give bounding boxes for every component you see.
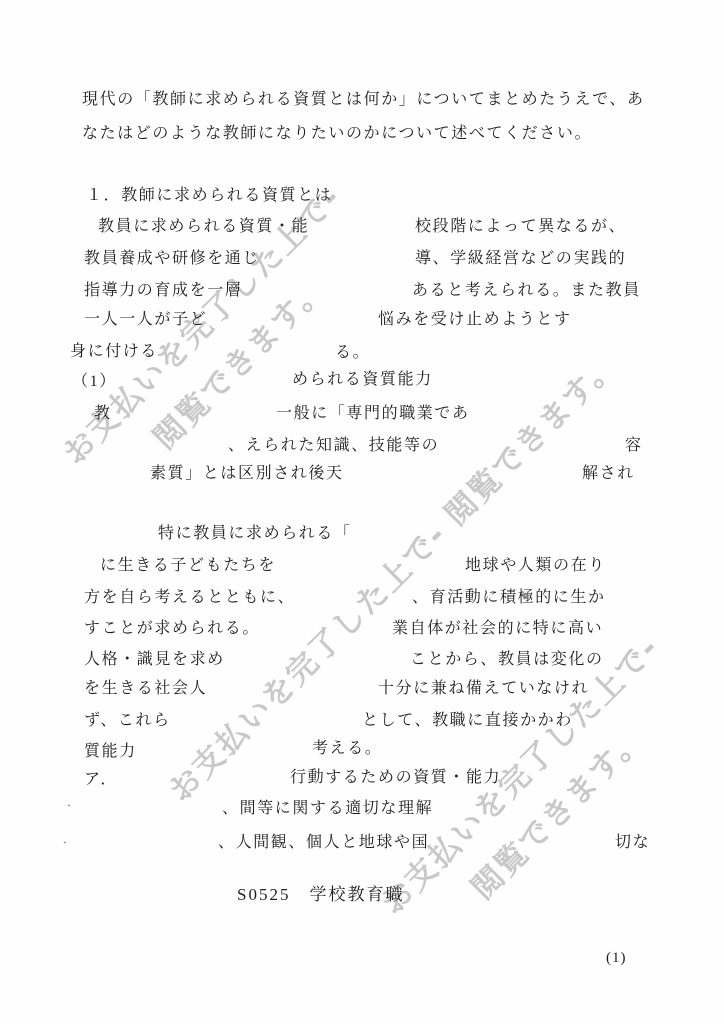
text-fragment: 特に教員に求められる「 xyxy=(158,522,352,546)
text-fragment: なたはどのような教師になりたいのかについて述べてください。 xyxy=(82,122,592,146)
text-fragment: ` xyxy=(63,834,69,858)
document-code: S0525 学校教育職 xyxy=(237,880,404,905)
text-fragment: 、間等に関する適切な理解 xyxy=(222,797,433,821)
payment-watermark: お支払いを完了した上で-閲覧できます。 xyxy=(369,624,712,967)
text-fragment: 質能力 xyxy=(84,740,137,764)
text-fragment: 素質」とは区別され後天 xyxy=(150,462,344,486)
text-fragment: 現代の「教師に求められる資質とは何か」についてまとめたうえで、あ xyxy=(82,88,645,112)
text-fragment: として、教職に直接かかわ xyxy=(362,709,573,733)
text-fragment: あると考えられる。また教員 xyxy=(412,279,641,303)
text-fragment: ことから、教員は変化の xyxy=(410,648,604,672)
text-fragment: すことが求められる。 xyxy=(84,617,260,641)
text-fragment: を生きる社会人 xyxy=(84,677,207,701)
text-fragment: 方を自ら考えるとともに、 xyxy=(84,586,295,610)
text-fragment: 一人一人が子ど xyxy=(84,308,207,332)
text-fragment: 教員に求められる資質・能 xyxy=(98,215,309,239)
text-fragment: 切な xyxy=(615,831,650,855)
text-fragment: る。 xyxy=(335,341,370,365)
text-fragment: 校段階によって異なるが、 xyxy=(415,215,626,239)
text-fragment: 業自体が社会的に特に高い xyxy=(392,617,603,641)
text-fragment: に生きる子どもたちを xyxy=(100,554,276,578)
text-fragment: 、育活動に積極的に生か xyxy=(412,586,606,610)
text-fragment: ず、これら xyxy=(84,709,171,733)
text-fragment: 悩みを受け止めようとす xyxy=(378,308,572,332)
text-fragment: ` xyxy=(67,797,73,821)
text-fragment: 指導力の育成を一層 xyxy=(84,279,242,303)
text-fragment: 、人間観、個人と地球や国 xyxy=(218,831,429,855)
document-page: お支払いを完了した上で-閲覧できます。お支払いを完了した上で- 閲覧できます。お… xyxy=(0,0,724,1024)
text-fragment: 身に付ける xyxy=(70,340,158,364)
text-fragment: 教員養成や研修を通じ xyxy=(84,247,260,271)
text-fragment: 教 xyxy=(94,402,112,426)
page-number: (1) xyxy=(606,950,627,967)
text-fragment: 人格・識見を求め xyxy=(84,648,225,672)
text-fragment: 十分に兼ね備えていなけれ xyxy=(378,677,589,701)
text-fragment: ア． xyxy=(84,768,118,792)
text-fragment: 地球や人類の在り xyxy=(465,554,606,578)
text-fragment: められる資質能力 xyxy=(292,368,433,392)
text-fragment: 、えられた知識、技能等の xyxy=(228,434,439,458)
text-fragment: 解され xyxy=(582,462,635,486)
text-fragment: 容 xyxy=(625,434,643,458)
text-fragment: 導、学級経営などの実践的 xyxy=(415,247,626,271)
text-fragment: 一般に「専門的職業であ xyxy=(276,402,470,426)
text-fragment: 考える。 xyxy=(312,737,382,761)
text-fragment: 行動するための資質・能力 xyxy=(290,766,501,790)
text-fragment: （1） xyxy=(72,370,117,394)
text-fragment: １．教師に求められる資質とは xyxy=(86,184,332,208)
